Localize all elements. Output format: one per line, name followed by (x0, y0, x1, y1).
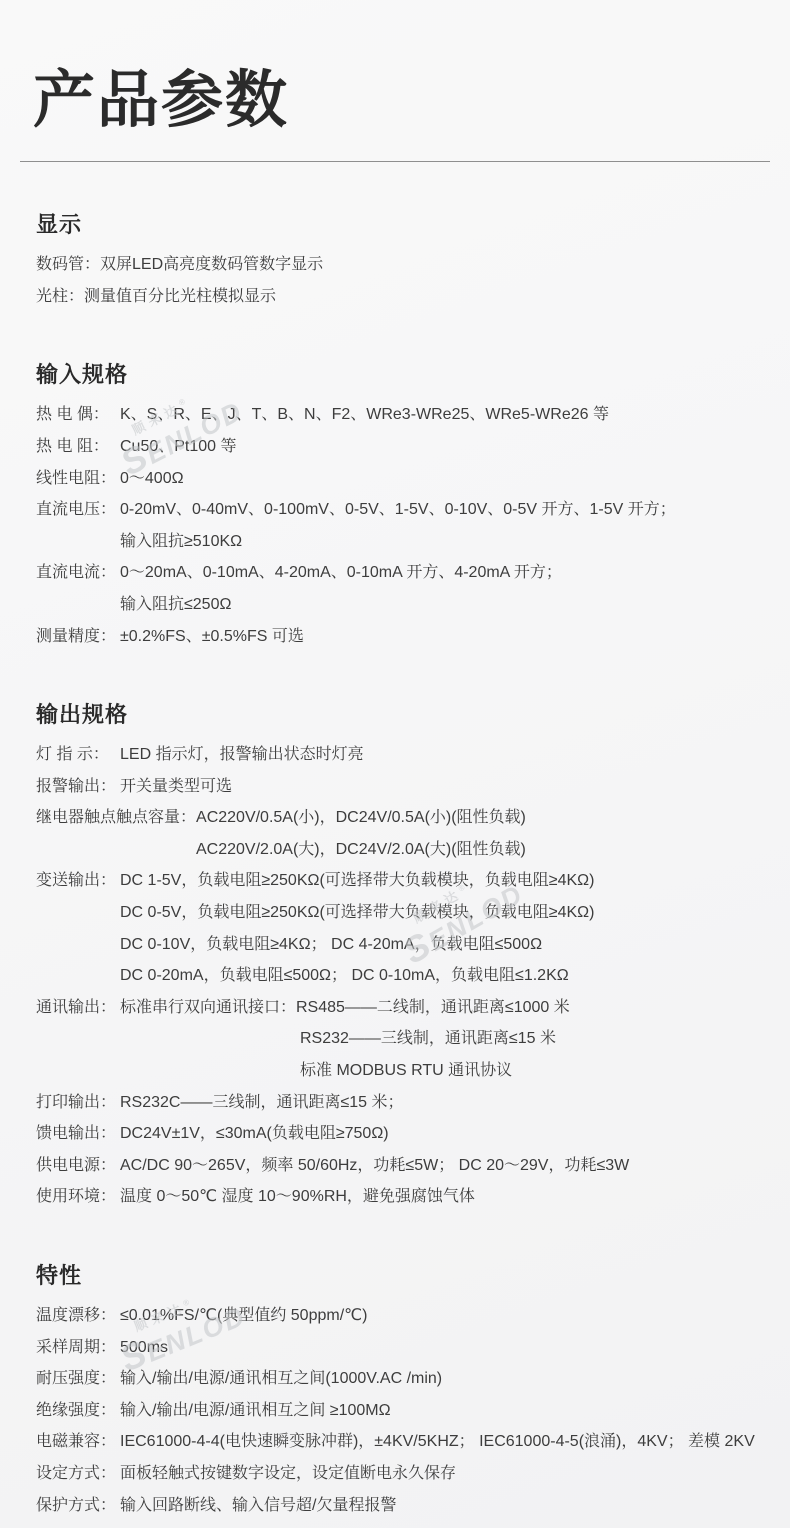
spec-value: 温度 0～50℃ 湿度 10～90%RH，避免强腐蚀气体 (120, 1181, 475, 1213)
spec-label: 供电电源： (36, 1150, 120, 1182)
spec-label: 继电器触点触点容量： (36, 802, 196, 834)
spec-label: 电磁兼容： (36, 1426, 120, 1458)
spec-value: 输入回路断线、输入信号超/欠量程报警 (120, 1490, 396, 1522)
section-heading-input: 输入规格 (36, 358, 770, 389)
spec-label: 直流电压： (36, 494, 120, 526)
section-display: 显示 数码管： 双屏LED高亮度数码管数字显示 光柱： 测量值百分比光柱模拟显示 (20, 208, 770, 312)
spec-value: 500ms (120, 1332, 168, 1364)
spec-value: ±0.2%FS、±0.5%FS 可选 (120, 621, 304, 653)
spec-value: 双屏LED高亮度数码管数字显示 (100, 249, 323, 281)
spec-value: 输入/输出/电源/通讯相互之间(1000V.AC /min) (120, 1363, 442, 1395)
spec-value: Cu50、Pt100 等 (120, 431, 237, 463)
spec-row: 变送输出： DC 1-5V，负载电阻≥250KΩ(可选择带大负载模块，负载电阻≥… (36, 865, 770, 897)
spec-value: 开关量类型可选 (120, 771, 232, 803)
spec-row-continuation: DC 0-20mA，负载电阻≤500Ω； DC 0-10mA，负载电阻≤1.2K… (36, 960, 770, 992)
spec-value: DC 0-5V，负载电阻≥250KΩ(可选择带大负载模块，负载电阻≥4KΩ) (120, 897, 594, 929)
spec-label: 使用环境： (36, 1181, 120, 1213)
spec-row: 光柱： 测量值百分比光柱模拟显示 (36, 281, 770, 313)
spec-value: 0～20mA、0-10mA、4-20mA、0-10mA 开方、4-20mA 开方… (120, 557, 562, 589)
spec-row: 温度漂移： ≤0.01%FS/℃(典型值约 50ppm/℃) (36, 1300, 770, 1332)
spec-value: 0～400Ω (120, 463, 184, 495)
spec-row: 耐压强度： 输入/输出/电源/通讯相互之间(1000V.AC /min) (36, 1363, 770, 1395)
spec-row: 采样周期： 500ms (36, 1332, 770, 1364)
spec-value: 0-20mV、0-40mV、0-100mV、0-5V、1-5V、0-10V、0-… (120, 494, 676, 526)
spec-row: 直流电流： 0～20mA、0-10mA、4-20mA、0-10mA 开方、4-2… (36, 557, 770, 589)
spec-row: 直流电压： 0-20mV、0-40mV、0-100mV、0-5V、1-5V、0-… (36, 494, 770, 526)
spec-value: AC/DC 90～265V，频率 50/60Hz，功耗≤5W； DC 20～29… (120, 1150, 629, 1182)
section-features: 特性 温度漂移： ≤0.01%FS/℃(典型值约 50ppm/℃) 采样周期： … (20, 1259, 770, 1521)
spec-value: DC 0-10V，负载电阻≥4KΩ； DC 4-20mA，负载电阻≤500Ω (120, 929, 542, 961)
spec-row: 电磁兼容： IEC61000-4-4(电快速瞬变脉冲群)，±4KV/5KHZ； … (36, 1426, 770, 1458)
spec-row: 数码管： 双屏LED高亮度数码管数字显示 (36, 249, 770, 281)
spec-label: 打印输出： (36, 1087, 120, 1119)
page-title: 产品参数 (33, 64, 770, 137)
spec-label: 绝缘强度： (36, 1395, 120, 1427)
spec-label: 耐压强度： (36, 1363, 120, 1395)
section-heading-features: 特性 (36, 1259, 770, 1290)
spec-row: 报警输出： 开关量类型可选 (36, 771, 770, 803)
spec-label: 报警输出： (36, 771, 120, 803)
spec-row: 使用环境： 温度 0～50℃ 湿度 10～90%RH，避免强腐蚀气体 (36, 1181, 770, 1213)
spec-value: RS232——三线制，通讯距离≤15 米 (300, 1023, 556, 1055)
spec-value: IEC61000-4-4(电快速瞬变脉冲群)，±4KV/5KHZ； IEC610… (120, 1426, 755, 1458)
spec-value: K、S、R、E、J、T、B、N、F2、WRe3-WRe25、WRe5-WRe26… (120, 399, 609, 431)
spec-value: DC 1-5V，负载电阻≥250KΩ(可选择带大负载模块，负载电阻≥4KΩ) (120, 865, 594, 897)
spec-row: 热 电 偶： K、S、R、E、J、T、B、N、F2、WRe3-WRe25、WRe… (36, 399, 770, 431)
spec-label: 设定方式： (36, 1458, 120, 1490)
spec-row-continuation: DC 0-10V，负载电阻≥4KΩ； DC 4-20mA，负载电阻≤500Ω (36, 929, 770, 961)
section-input-specs: 输入规格 热 电 偶： K、S、R、E、J、T、B、N、F2、WRe3-WRe2… (20, 358, 770, 652)
spec-row-continuation: 标准 MODBUS RTU 通讯协议 (36, 1055, 770, 1087)
spec-value: 标准串行双向通讯接口：RS485——二线制，通讯距离≤1000 米 (120, 992, 570, 1024)
section-heading-display: 显示 (36, 208, 770, 239)
spec-row-continuation: RS232——三线制，通讯距离≤15 米 (36, 1023, 770, 1055)
spec-label: 测量精度： (36, 621, 120, 653)
spec-value: RS232C——三线制，通讯距离≤15 米； (120, 1087, 404, 1119)
spec-label: 采样周期： (36, 1332, 120, 1364)
spec-row: 继电器触点触点容量： AC220V/0.5A(小)，DC24V/0.5A(小)(… (36, 802, 770, 834)
spec-label: 温度漂移： (36, 1300, 120, 1332)
spec-label: 光柱： (36, 281, 84, 313)
section-output-specs: 输出规格 灯 指 示： LED 指示灯，报警输出状态时灯亮 报警输出： 开关量类… (20, 698, 770, 1213)
spec-label: 变送输出： (36, 865, 120, 897)
spec-row: 热 电 阻： Cu50、Pt100 等 (36, 431, 770, 463)
spec-label: 保护方式： (36, 1490, 120, 1522)
spec-value: 输入阻抗≥510KΩ (120, 526, 242, 558)
spec-label: 通讯输出： (36, 992, 120, 1024)
spec-value: ≤0.01%FS/℃(典型值约 50ppm/℃) (120, 1300, 367, 1332)
spec-row: 通讯输出： 标准串行双向通讯接口：RS485——二线制，通讯距离≤1000 米 (36, 992, 770, 1024)
spec-value: 标准 MODBUS RTU 通讯协议 (300, 1055, 512, 1087)
section-heading-output: 输出规格 (36, 698, 770, 729)
spec-value: DC24V±1V，≤30mA(负载电阻≥750Ω) (120, 1118, 389, 1150)
spec-row-continuation: 输入阻抗≤250Ω (36, 589, 770, 621)
spec-row-continuation: DC 0-5V，负载电阻≥250KΩ(可选择带大负载模块，负载电阻≥4KΩ) (36, 897, 770, 929)
spec-row: 供电电源： AC/DC 90～265V，频率 50/60Hz，功耗≤5W； DC… (36, 1150, 770, 1182)
spec-row: 馈电输出： DC24V±1V，≤30mA(负载电阻≥750Ω) (36, 1118, 770, 1150)
spec-value: AC220V/2.0A(大)，DC24V/2.0A(大)(阻性负载) (196, 834, 526, 866)
spec-row: 保护方式： 输入回路断线、输入信号超/欠量程报警 (36, 1490, 770, 1522)
spec-label: 热 电 阻： (36, 431, 120, 463)
spec-label: 灯 指 示： (36, 739, 120, 771)
title-divider (20, 161, 770, 162)
spec-row: 线性电阻： 0～400Ω (36, 463, 770, 495)
spec-label: 直流电流： (36, 557, 120, 589)
spec-label: 馈电输出： (36, 1118, 120, 1150)
spec-value: AC220V/0.5A(小)，DC24V/0.5A(小)(阻性负载) (196, 802, 526, 834)
spec-value: 测量值百分比光柱模拟显示 (84, 281, 276, 313)
spec-row: 设定方式： 面板轻触式按键数字设定，设定值断电永久保存 (36, 1458, 770, 1490)
spec-value: LED 指示灯，报警输出状态时灯亮 (120, 739, 364, 771)
spec-row: 绝缘强度： 输入/输出/电源/通讯相互之间 ≥100MΩ (36, 1395, 770, 1427)
product-spec-page: 产品参数 显示 数码管： 双屏LED高亮度数码管数字显示 光柱： 测量值百分比光… (0, 0, 790, 1521)
spec-row: 打印输出： RS232C——三线制，通讯距离≤15 米； (36, 1087, 770, 1119)
spec-row: 灯 指 示： LED 指示灯，报警输出状态时灯亮 (36, 739, 770, 771)
spec-row-continuation: 输入阻抗≥510KΩ (36, 526, 770, 558)
spec-value: 面板轻触式按键数字设定，设定值断电永久保存 (120, 1458, 456, 1490)
spec-label: 线性电阻： (36, 463, 120, 495)
spec-value: DC 0-20mA，负载电阻≤500Ω； DC 0-10mA，负载电阻≤1.2K… (120, 960, 569, 992)
spec-row-continuation: AC220V/2.0A(大)，DC24V/2.0A(大)(阻性负载) (36, 834, 770, 866)
spec-value: 输入/输出/电源/通讯相互之间 ≥100MΩ (120, 1395, 391, 1427)
spec-label: 热 电 偶： (36, 399, 120, 431)
spec-value: 输入阻抗≤250Ω (120, 589, 231, 621)
spec-label: 数码管： (36, 249, 100, 281)
spec-row: 测量精度： ±0.2%FS、±0.5%FS 可选 (36, 621, 770, 653)
